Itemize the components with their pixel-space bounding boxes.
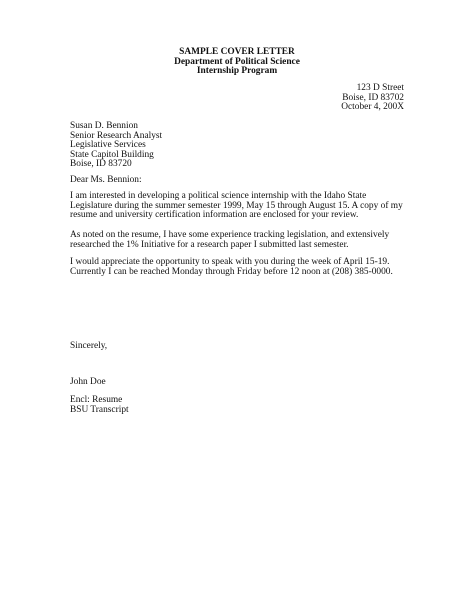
recipient-city: Boise, ID 83720: [70, 160, 162, 170]
enclosure-block: Encl: Resume BSU Transcript: [70, 396, 129, 415]
heading-program: Internship Program: [0, 67, 474, 77]
body-paragraph-2: As noted on the resume, I have some expe…: [70, 231, 389, 250]
body-paragraph-1: I am interested in developing a politica…: [70, 192, 403, 221]
enclosure-line-2: BSU Transcript: [70, 406, 129, 416]
valediction: Sincerely,: [70, 342, 107, 352]
letter-heading: SAMPLE COVER LETTER Department of Politi…: [0, 48, 474, 77]
body-paragraph-3: I would appreciate the opportunity to sp…: [70, 258, 393, 277]
recipient-address-block: Susan D. Bennion Senior Research Analyst…: [70, 122, 162, 170]
letter-page: SAMPLE COVER LETTER Department of Politi…: [0, 0, 474, 613]
sender-address-block: 123 D Street Boise, ID 83702 October 4, …: [341, 84, 404, 113]
salutation: Dear Ms. Bennion:: [70, 176, 142, 186]
signature-name: John Doe: [70, 378, 106, 388]
letter-date: October 4, 200X: [341, 103, 404, 113]
